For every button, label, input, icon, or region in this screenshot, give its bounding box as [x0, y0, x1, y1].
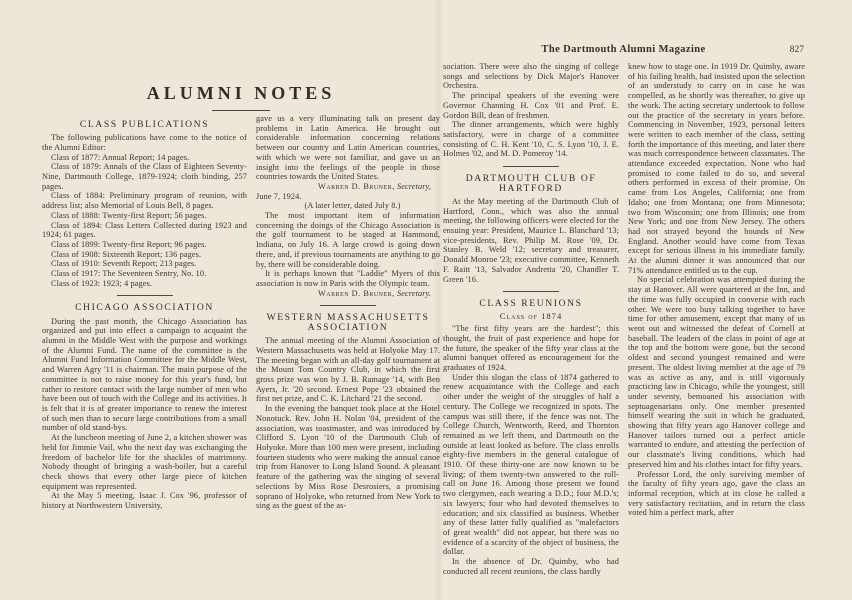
western-paragraph: The annual meeting of the Alumni Associa…: [256, 336, 440, 404]
chicago-continued: gave us a very illuminating talk on pres…: [256, 114, 440, 182]
section-rule: [503, 166, 559, 167]
section-heading-hartford: DARTMOUTH CLUB OF HARTFORD: [443, 174, 619, 193]
chicago-paragraph: At the May 5 meeting, Isaac J. Cox '96, …: [42, 491, 247, 510]
publication-item: Class of 1877: Annual Report; 14 pages.: [42, 153, 247, 163]
magazine-scan-spread: ALUMNI NOTES CLASS PUBLICATIONS The foll…: [0, 0, 852, 600]
right-page-column-1: sociation. There were also the singing o…: [443, 62, 619, 590]
publication-item: Class of 1884: Preliminary program of re…: [42, 191, 247, 210]
section-rule: [117, 295, 173, 296]
publication-item: Class of 1910: Seventh Report; 213 pages…: [42, 259, 247, 269]
chicago-paragraph: At the luncheon meeting of June 2, a kit…: [42, 433, 247, 491]
chicago-paragraph: During the past month, the Chicago Assoc…: [42, 317, 247, 433]
section-heading-western-mass: WESTERN MASSACHUSETTS ASSOCIATION: [256, 313, 440, 332]
publication-item: Class of 1908: Sixteenth Report; 136 pag…: [42, 250, 247, 260]
publication-item: Class of 1917: The Seventeen Sentry, No.…: [42, 269, 247, 279]
title-rule: [212, 110, 270, 111]
celebration-paragraph: No special celebration was attempted dur…: [628, 275, 805, 469]
signature-line: Warren D. Bruner, Secretary.: [256, 289, 440, 299]
speakers-paragraph: The principal speakers of the evening we…: [443, 91, 619, 120]
alumni-notes-title: ALUMNI NOTES: [42, 83, 440, 104]
right-page-column-2: knew how to stage one. In 1919 Dr. Quimb…: [628, 62, 805, 590]
reunion-continued: knew how to stage one. In 1919 Dr. Quimb…: [628, 62, 805, 275]
publications-intro: The following publications have come to …: [42, 133, 247, 152]
magazine-title: The Dartmouth Alumni Magazine: [443, 44, 804, 55]
page-number: 827: [790, 45, 804, 55]
publication-item: Class of 1899: Twenty-first Report; 96 p…: [42, 240, 247, 250]
section-heading-class-reunions: CLASS REUNIONS: [443, 299, 619, 309]
running-header: The Dartmouth Alumni Magazine 827: [443, 44, 804, 58]
later-letter-note: (A later letter, dated July 8.): [256, 201, 440, 211]
signature-line: Warren D. Bruner, Secretary,: [256, 182, 440, 192]
signature-role: Secretary,: [397, 182, 431, 191]
subheading-class-of-1874: Class of 1874: [443, 312, 619, 322]
section-heading-class-publications: CLASS PUBLICATIONS: [42, 120, 247, 130]
reunion-paragraph: In the absence of Dr. Quimby, who had co…: [443, 557, 619, 576]
golf-paragraph: The most important item of information c…: [256, 211, 440, 269]
publication-item: Class of 1879: Annals of the Class of Ei…: [42, 162, 247, 191]
signature-name: Warren D. Bruner,: [318, 289, 395, 298]
publication-item: Class of 1923: 1923; 4 pages.: [42, 279, 247, 289]
reunion-paragraph: "The first fifty years are the hardest";…: [443, 324, 619, 373]
dinner-paragraph: The dinner arrangements, which were high…: [443, 120, 619, 159]
section-rule: [320, 305, 376, 306]
signature-role: Secretary.: [397, 289, 431, 298]
signature-date: June 7, 1924.: [256, 192, 440, 202]
myers-paragraph: It is perhaps known that "Laddie" Myers …: [256, 269, 440, 288]
publication-item: Class of 1894: Class Letters Collected d…: [42, 221, 247, 240]
hartford-paragraph: At the May meeting of the Dartmouth Club…: [443, 197, 619, 284]
left-page-column-1: CLASS PUBLICATIONS The following publica…: [42, 120, 247, 590]
left-page-column-2: gave us a very illuminating talk on pres…: [256, 114, 440, 590]
publication-item: Class of 1888: Twenty-first Report; 56 p…: [42, 211, 247, 221]
lord-paragraph: Professor Lord, the only surviving membe…: [628, 470, 805, 519]
western-continued: sociation. There were also the singing o…: [443, 62, 619, 91]
section-rule: [503, 291, 559, 292]
section-heading-chicago: CHICAGO ASSOCIATION: [42, 303, 247, 313]
reunion-paragraph: Under this slogan the class of 1874 gath…: [443, 373, 619, 557]
western-paragraph: In the evening the banquet took place at…: [256, 404, 440, 511]
signature-name: Warren D. Bruner,: [318, 182, 395, 191]
